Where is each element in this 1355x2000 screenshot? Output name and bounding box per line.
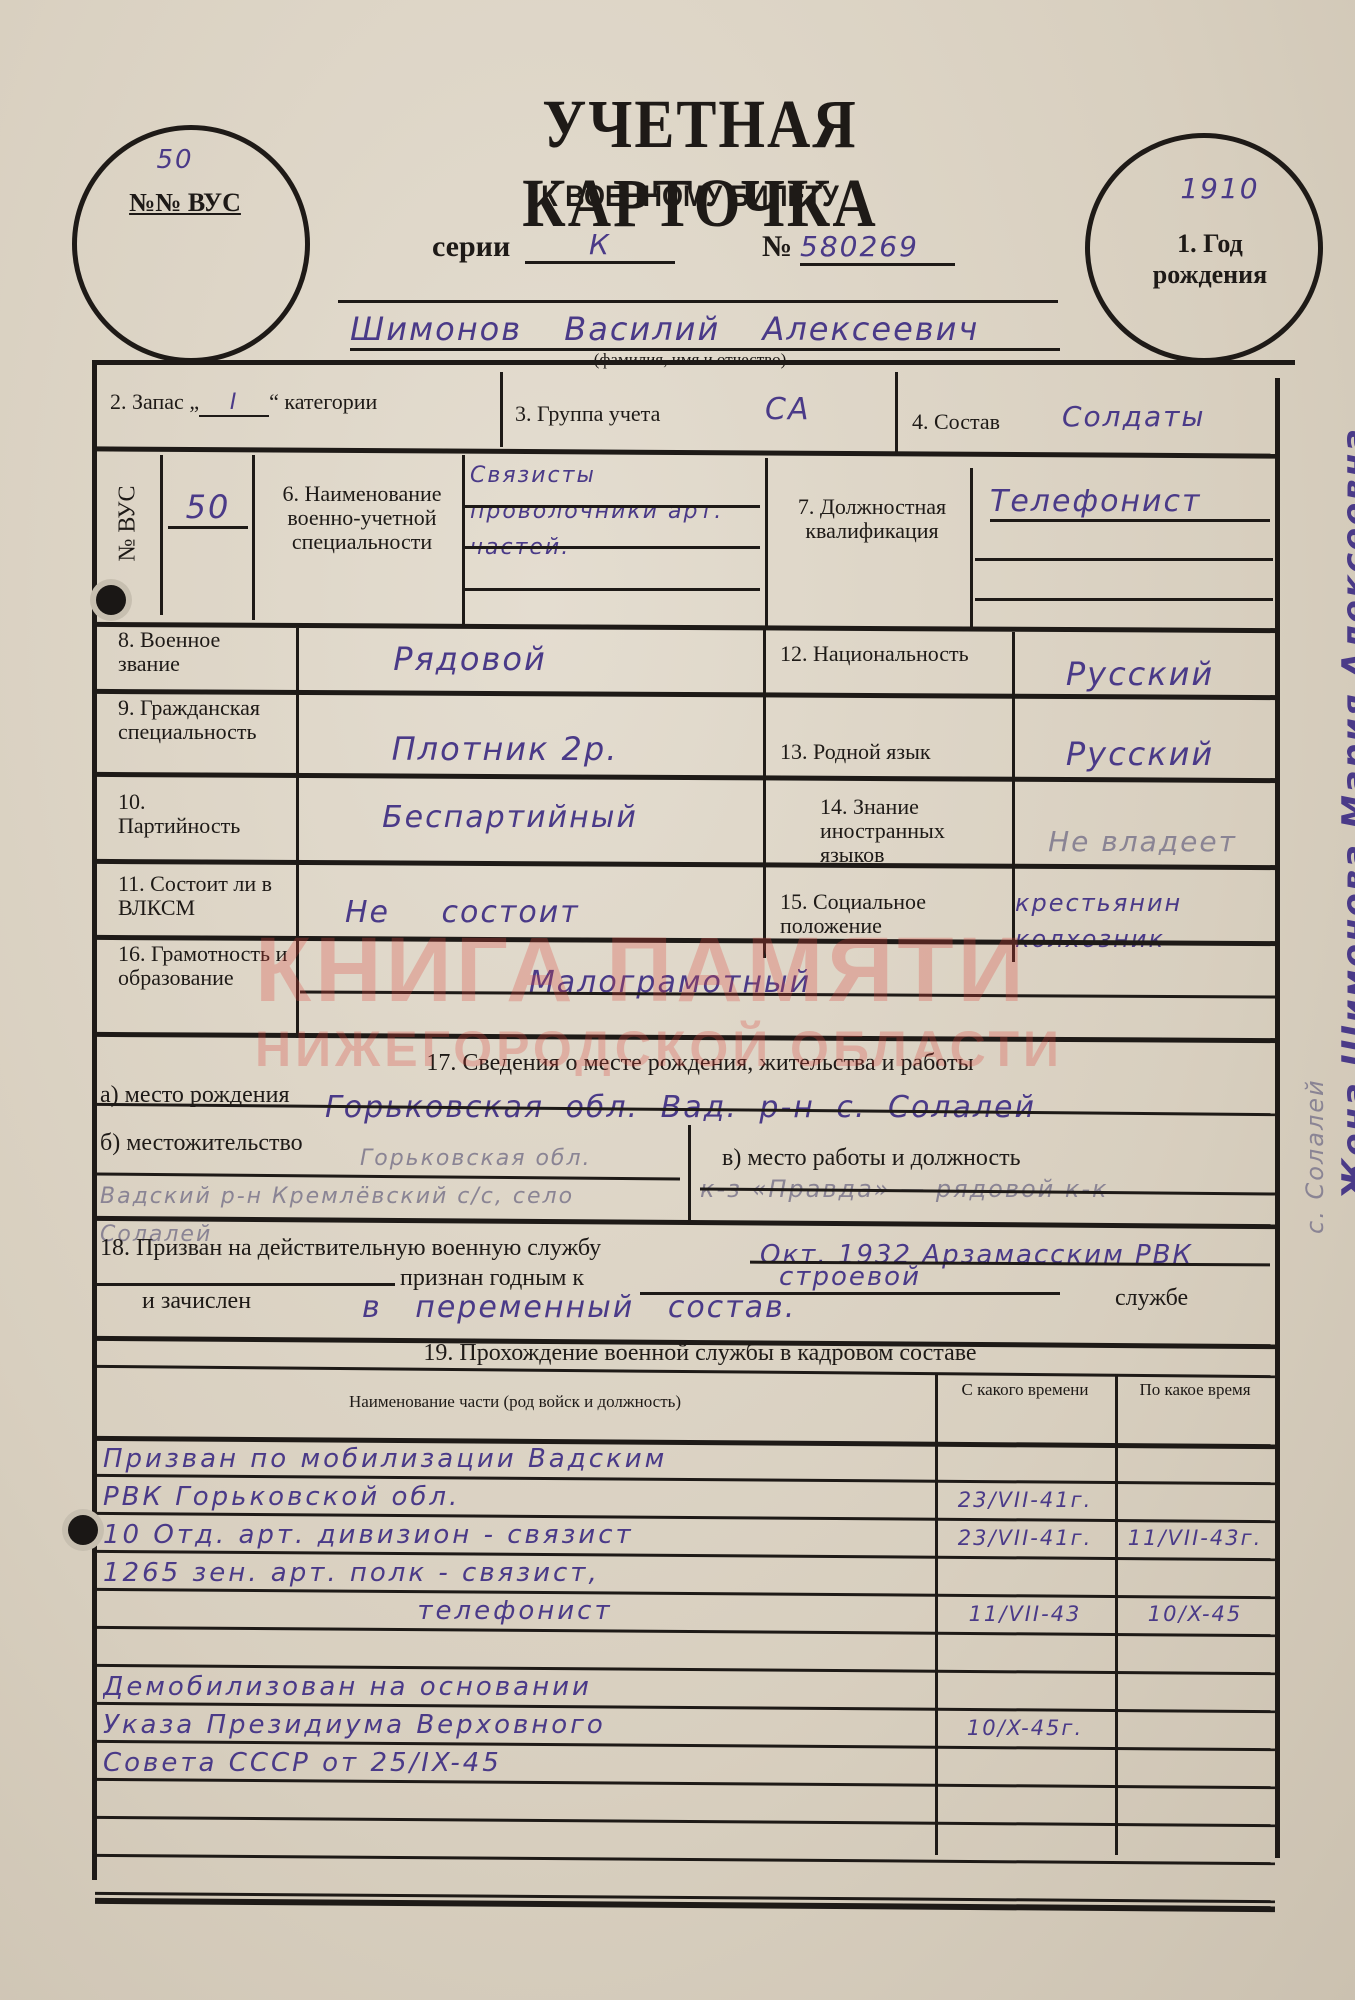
frame-top bbox=[92, 360, 1295, 365]
specialty-name-value: Связисты проволочники арт. частей. bbox=[470, 458, 760, 566]
row-line bbox=[95, 622, 1277, 633]
komsomol-label: 11. Состоит ли в ВЛКСМ bbox=[118, 872, 288, 920]
birth-year-value: 1910 bbox=[1160, 172, 1280, 205]
enlisted-label: и зачислен bbox=[142, 1288, 251, 1315]
number-label: № bbox=[762, 230, 792, 264]
komsomol-value: Не состоит bbox=[345, 895, 725, 930]
composition-label: 4. Состав bbox=[912, 410, 1000, 434]
margin-note-faint: с. Солалей bbox=[1301, 1034, 1329, 1234]
nationality-label: 12. Национальность bbox=[780, 642, 990, 666]
number-value: 580269 bbox=[800, 230, 955, 266]
divider bbox=[462, 455, 465, 625]
table-row-to: 11/VII-43г. bbox=[1121, 1526, 1269, 1550]
specialty-name-label: 6. Наименование военно-учетной специальн… bbox=[262, 482, 462, 555]
divider bbox=[763, 628, 766, 958]
vus-circle-value: 50 bbox=[130, 145, 220, 175]
rule bbox=[465, 588, 760, 591]
reserve-label: 2. Запас „I“ категории bbox=[110, 390, 377, 417]
civil-specialty-label: 9. Гражданская специальность bbox=[118, 696, 298, 744]
row-line bbox=[95, 446, 1277, 458]
table-row-unit: телефонист bbox=[103, 1596, 927, 1626]
divider bbox=[252, 455, 255, 620]
table-row-unit: 1265 зен. арт. полк - связист, bbox=[103, 1558, 927, 1588]
divider bbox=[500, 372, 503, 447]
foreign-languages-value: Не владеет bbox=[1015, 825, 1270, 858]
rule bbox=[975, 598, 1273, 601]
column-header-to: По какое время bbox=[1115, 1380, 1275, 1400]
row-rule bbox=[95, 1626, 1275, 1637]
table-row-unit: Демобилизован на основании bbox=[103, 1672, 927, 1702]
row-line bbox=[95, 859, 1277, 870]
literacy-label: 16. Грамотность и образование bbox=[118, 942, 288, 990]
row-rule bbox=[95, 1854, 1275, 1865]
fit-label: признан годным к bbox=[400, 1265, 584, 1292]
punch-hole bbox=[68, 1515, 98, 1545]
section19-title: 19. Прохождение военной службы в кадрово… bbox=[300, 1340, 1100, 1367]
party-label: 10. Партийность bbox=[118, 790, 268, 838]
native-language-value: Русский bbox=[1020, 735, 1260, 773]
composition-value: Солдаты bbox=[1062, 400, 1206, 433]
table-row-unit: Призван по мобилизации Вадским bbox=[103, 1444, 927, 1474]
table-row-from: 11/VII-43 bbox=[941, 1602, 1109, 1626]
account-group-label: 3. Группа учета bbox=[515, 402, 660, 426]
military-rank-label: 8. Военное звание bbox=[118, 628, 268, 676]
social-status-value: крестьянин колхозник bbox=[1015, 885, 1265, 957]
work-label: в) место работы и должность bbox=[722, 1145, 1021, 1172]
table-row-from: 23/VII-41г. bbox=[941, 1488, 1109, 1512]
name-top-line bbox=[338, 300, 1058, 303]
divider bbox=[160, 455, 163, 615]
party-value: Беспартийный bbox=[300, 800, 720, 835]
row-rule bbox=[95, 1816, 1275, 1827]
table-row-unit: Совета СССР от 25/IX-45 bbox=[103, 1748, 927, 1778]
rule bbox=[95, 1283, 395, 1286]
divider bbox=[688, 1125, 691, 1225]
civil-specialty-value: Плотник 2р. bbox=[330, 730, 680, 768]
series-value: К bbox=[525, 228, 675, 264]
native-language-label: 13. Родной язык bbox=[780, 740, 1000, 764]
table-row-from: 10/X-45г. bbox=[941, 1716, 1109, 1740]
column-header-unit: Наименование части (род войск и должност… bbox=[95, 1392, 935, 1412]
row-line bbox=[95, 772, 1277, 783]
rule bbox=[465, 505, 760, 508]
vus-number-value: 50 bbox=[168, 488, 248, 529]
divider bbox=[765, 458, 768, 628]
rule bbox=[465, 546, 760, 549]
table-row-unit: Указа Президиума Верховного bbox=[103, 1710, 927, 1740]
foreign-languages-label: 14. Знание иностранных языков bbox=[820, 795, 1000, 868]
document-subtitle: К ВОЕННОМУ БИЛЕТУ bbox=[501, 180, 879, 214]
full-name: Шимонов Василий Алексеевич bbox=[350, 310, 1060, 351]
nationality-value: Русский bbox=[1020, 655, 1260, 693]
frame-right bbox=[1275, 378, 1280, 1858]
document-card: 50 №№ ВУС 1910 1. Год рождения УЧЕТНАЯ К… bbox=[0, 0, 1355, 2000]
document-title: УЧЕТНАЯ КАРТОЧКА bbox=[400, 85, 1000, 244]
job-qualification-label: 7. Должностная квалификация bbox=[772, 495, 972, 543]
birth-year-label: 1. Год рождения bbox=[1130, 228, 1290, 290]
section17-title: 17. Сведения о месте рождения, жительств… bbox=[300, 1050, 1100, 1077]
military-rank-value: Рядовой bbox=[330, 640, 610, 678]
column-header-from: С какого времени bbox=[935, 1380, 1115, 1400]
punch-hole bbox=[96, 585, 126, 615]
row-rule bbox=[95, 1778, 1275, 1789]
account-group-value: СА bbox=[765, 392, 810, 427]
divider bbox=[970, 468, 973, 628]
section18-label: 18. Призван на действительную военную сл… bbox=[100, 1235, 601, 1262]
enlisted-value: в переменный состав. bbox=[362, 1290, 1062, 1325]
margin-note: Жена Шимонова Мария Алексеевна bbox=[1335, 600, 1355, 1200]
vus-number-label: № ВУС bbox=[115, 464, 142, 584]
vus-circle-label: №№ ВУС bbox=[90, 188, 280, 218]
social-status-label: 15. Социальное положение bbox=[780, 890, 990, 938]
table-row-to: 10/X-45 bbox=[1121, 1602, 1269, 1626]
job-qualification-value: Телефонист bbox=[990, 484, 1270, 522]
row-line bbox=[95, 1032, 1277, 1043]
fit-suffix: службе bbox=[1115, 1285, 1188, 1312]
divider bbox=[895, 372, 898, 452]
rule bbox=[975, 558, 1273, 561]
table-row-unit: 10 Отд. арт. дивизион - связист bbox=[103, 1520, 927, 1550]
service-table: Наименование части (род войск и должност… bbox=[95, 1370, 1275, 1870]
table-row-from: 23/VII-41г. bbox=[941, 1526, 1109, 1550]
series-label: серии bbox=[432, 230, 510, 264]
table-row-unit: РВК Горьковской обл. bbox=[103, 1482, 927, 1512]
